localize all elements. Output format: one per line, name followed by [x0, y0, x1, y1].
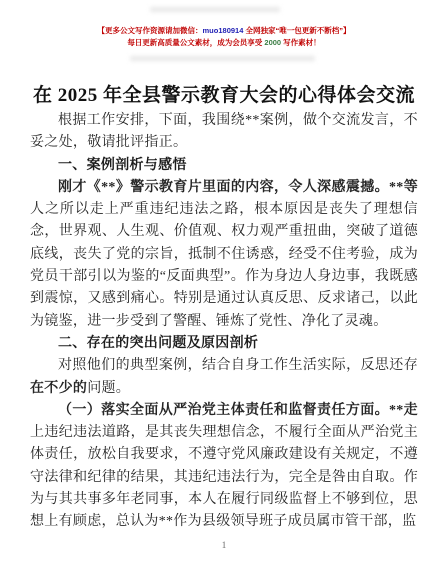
- text-run: 每日更新高质量公文素材，成为会员享受: [127, 38, 264, 47]
- scan-smudge-artifact: [130, 56, 315, 61]
- text-run: （一）落实全面从严治党主体责任和监督责任方面。**走: [58, 403, 418, 418]
- text-run: 上违纪违法道路，是其丧失理想信念，不履行全面从严治党主体责任，放松自我要求，不遵…: [30, 425, 418, 529]
- promo-banner-line-2: 每日更新高质量公文素材，成为会员享受 2000 写作素材！: [0, 37, 448, 49]
- body-paragraph: 对照他们的典型案例，结合自身工作生活实际，反思还存在不少的问题。: [30, 355, 418, 400]
- text-run: 问题。: [87, 381, 130, 396]
- body-paragraph: 刚才《**》警示教育片里面的内容，令人深感震撼。**等人之所以走上严重违纪违法之…: [30, 177, 418, 333]
- text-run: 全网独家“唯一包更新不断档”】: [243, 26, 350, 35]
- text-run: muo180914: [203, 26, 244, 35]
- document-title: 在 2025 年全县警示教育大会的心得体会交流: [0, 83, 448, 109]
- page-number: 1: [0, 540, 448, 550]
- body-paragraph: 根据工作安排，下面，我围绕**案例，做个交流发言，不妥之处，敬请批评指正。: [30, 110, 418, 155]
- promo-banner: 【更多公文写作资源请加微信：muo180914 全网独家“唯一包更新不断档”】 …: [0, 25, 448, 49]
- document-page: 【更多公文写作资源请加微信：muo180914 全网独家“唯一包更新不断档”】 …: [0, 0, 448, 580]
- text-run: 在不少的: [30, 381, 87, 396]
- text-run: 刚才《**》警示教育片里面的内容，令人深感震撼。**等: [58, 180, 418, 195]
- text-run: 一、案例剖析与感悟: [58, 158, 187, 173]
- text-run: 2000: [264, 38, 281, 47]
- text-run: 对照他们的典型案例，结合自身工作生活实际，反思还存: [58, 358, 418, 373]
- section-heading: 一、案例剖析与感悟: [30, 155, 418, 177]
- section-heading: 二、存在的突出问题及原因剖析: [30, 333, 418, 355]
- text-run: 写作素材！: [281, 38, 321, 47]
- promo-banner-line-1: 【更多公文写作资源请加微信：muo180914 全网独家“唯一包更新不断档”】: [0, 25, 448, 37]
- text-run: 二、存在的突出问题及原因剖析: [58, 336, 258, 351]
- text-run: 【更多公文写作资源请加微信：: [98, 26, 203, 35]
- text-run: 根据工作安排，下面，我围绕**案例，做个交流发言，不妥之处，敬请批评指正。: [30, 113, 418, 150]
- scan-smudge-artifact: [150, 7, 280, 12]
- text-run: 人之所以走上严重违纪违法之路，根本原因是丧失了理想信念，世界观、人生观、价值观、…: [30, 202, 418, 328]
- body-paragraph: （一）落实全面从严治党主体责任和监督责任方面。**走上违纪违法道路，是其丧失理想…: [30, 400, 418, 534]
- document-body: 根据工作安排，下面，我围绕**案例，做个交流发言，不妥之处，敬请批评指正。一、案…: [30, 110, 418, 534]
